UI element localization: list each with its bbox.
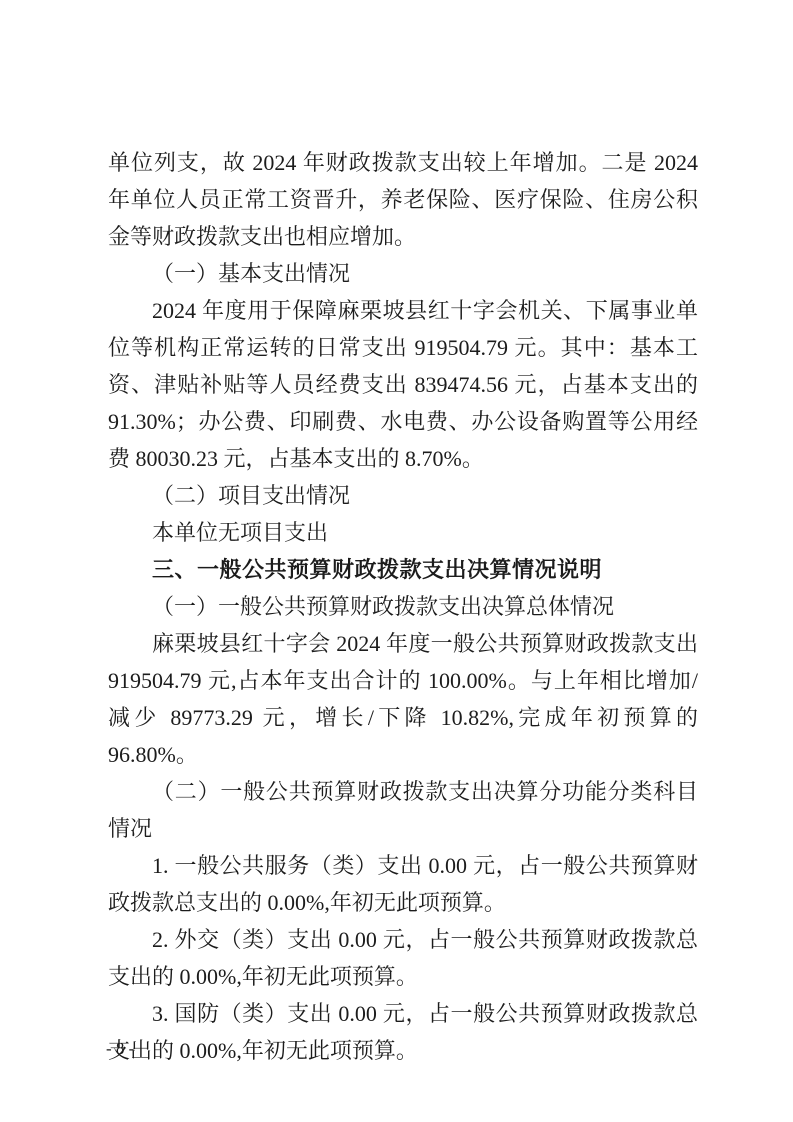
page-number: - 8 - [106,1039,134,1059]
paragraph-overall-expenditure-detail: 麻栗坡县红十字会 2024 年度一般公共预算财政拨款支出 919504.79 元… [108,625,698,773]
heading-general-public-budget-explanation: 三、一般公共预算财政拨款支出决算情况说明 [108,551,698,588]
paragraph-no-project-expenditure: 本单位无项目支出 [108,514,698,551]
paragraph-item-3-national-defense: 3. 国防（类）支出 0.00 元，占一般公共预算财政拨款总支出的 0.00%,… [108,995,698,1069]
subheading-overall-situation: （一）一般公共预算财政拨款支出决算总体情况 [108,588,698,625]
document-page: 单位列支，故 2024 年财政拨款支出较上年增加。二是 2024 年单位人员正常… [0,0,793,1122]
paragraph-basic-expenditure-detail: 2024 年度用于保障麻栗坡县红十字会机关、下属事业单位等机构正常运转的日常支出… [108,292,698,477]
paragraph-item-1-general-public-services: 1. 一般公共服务（类）支出 0.00 元，占一般公共预算财政拨款总支出的 0.… [108,847,698,921]
subheading-functional-classification: （二）一般公共预算财政拨款支出决算分功能分类科目情况 [108,773,698,847]
document-body: 单位列支，故 2024 年财政拨款支出较上年增加。二是 2024 年单位人员正常… [108,144,698,1069]
subheading-project-expenditure: （二）项目支出情况 [108,477,698,514]
subheading-basic-expenditure: （一）基本支出情况 [108,255,698,292]
paragraph-fiscal-increase-continuation: 单位列支，故 2024 年财政拨款支出较上年增加。二是 2024 年单位人员正常… [108,144,698,255]
paragraph-item-2-diplomacy: 2. 外交（类）支出 0.00 元，占一般公共预算财政拨款总支出的 0.00%,… [108,921,698,995]
